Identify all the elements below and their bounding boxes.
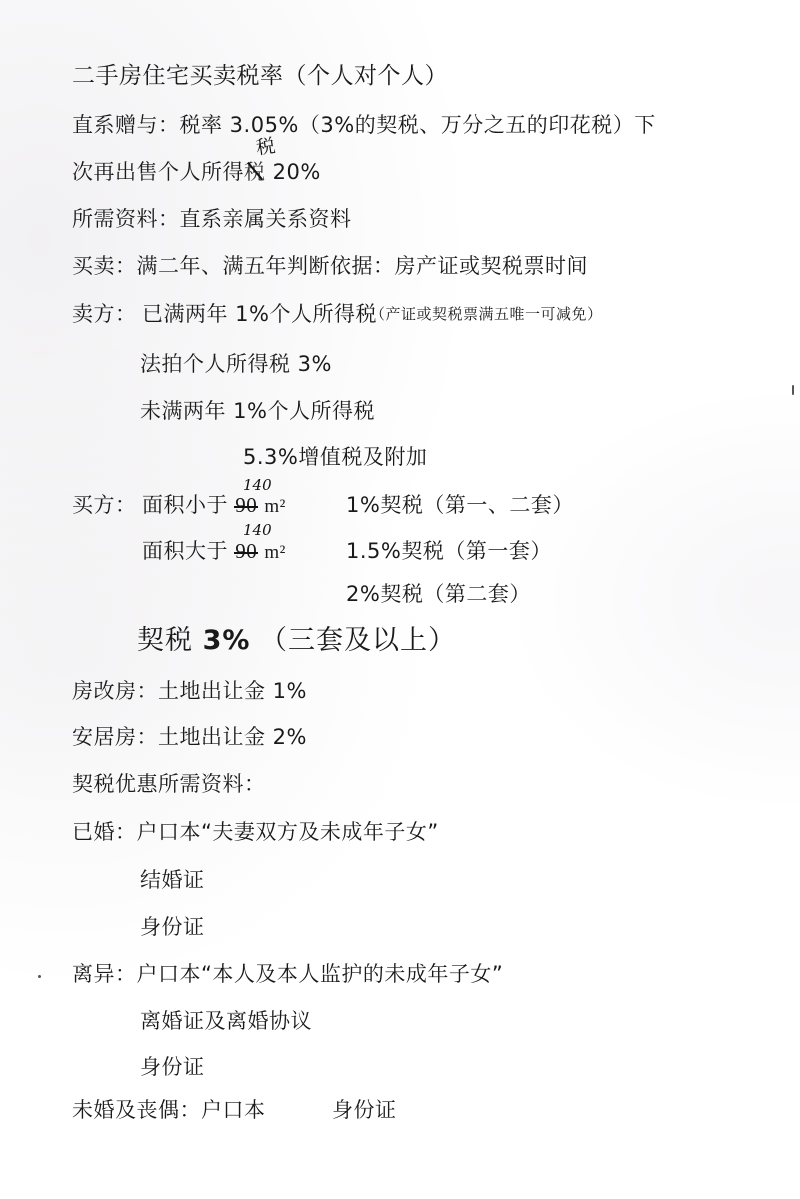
struck-character: 税: [244, 158, 266, 186]
gift-resale-line: 次再出售个人所得税 20%: [72, 158, 321, 186]
buyer-label: 买方：: [72, 491, 137, 519]
divorced-line: 离异：户口本“本人及本人监护的未成年子女”: [72, 960, 503, 988]
scan-speck: [38, 975, 41, 978]
area-text: 面积小于: [142, 493, 228, 517]
single-widowed-line: 未婚及丧偶：户口本: [72, 1096, 266, 1124]
handwritten-correction: 税: [254, 131, 277, 160]
deed-tax-prefix: 契税: [137, 625, 203, 656]
buyer-rate-large-second: 2%契税（第二套）: [346, 580, 531, 608]
seller-label: 卖方：: [72, 300, 137, 328]
seller-auction-line: 法拍个人所得税 3%: [140, 350, 332, 378]
seller-over-two-years: 已满两年 1%个人所得税: [142, 300, 377, 328]
seller-vat-line: 5.3%增值税及附加: [243, 443, 427, 471]
sale-basis-line: 买卖：满二年、满五年判断依据：房产证或契税票时间: [72, 252, 588, 280]
buyer-rate-small: 1%契税（第一、二套）: [346, 491, 574, 519]
deed-tax-suffix: （三套及以上）: [250, 625, 456, 656]
gift-resale-suffix: 20%: [266, 160, 321, 184]
handwritten-area-value: 140: [243, 523, 272, 538]
struck-area-value: 90: [235, 491, 257, 519]
exemption-note: （产证或契税票满五唯一可减免）: [370, 300, 603, 328]
discount-docs-heading: 契税优惠所需资料：: [72, 770, 266, 798]
married-line: 已婚：户口本“夫妻双方及未成年子女”: [72, 818, 439, 846]
area-unit: m²: [264, 542, 285, 563]
document-title: 二手房住宅买卖税率（个人对个人）: [72, 62, 448, 90]
seller-under-two-years: 未满两年 1%个人所得税: [140, 397, 375, 425]
area-unit: m²: [264, 496, 285, 517]
handwritten-area-value: 140: [243, 478, 272, 493]
affordable-housing-line: 安居房：土地出让金 2%: [72, 723, 307, 751]
divorced-id: 身份证: [140, 1053, 205, 1081]
single-widowed-id: 身份证: [332, 1096, 397, 1124]
area-text: 面积大于: [142, 539, 228, 563]
gift-resale-prefix: 次再出售个人所得: [72, 160, 244, 184]
struck-area-value: 90: [235, 537, 257, 565]
married-id: 身份证: [140, 913, 205, 941]
deed-tax-heading: 契税 3% （三套及以上）: [137, 627, 456, 655]
gift-rate-line: 直系赠与：税率 3.05%（3%的契税、万分之五的印花税）下: [72, 111, 656, 139]
buyer-area-large: 面积大于 90 m²: [142, 537, 286, 567]
required-docs-line: 所需资料：直系亲属关系资料: [72, 205, 352, 233]
buyer-rate-large-first: 1.5%契税（第一套）: [346, 537, 552, 565]
buyer-area-small: 面积小于 90 m²: [142, 491, 286, 521]
deed-tax-rate: 3%: [203, 625, 251, 656]
divorced-certificate: 离婚证及离婚协议: [140, 1007, 312, 1035]
married-certificate: 结婚证: [140, 866, 205, 894]
scanned-page: 二手房住宅买卖税率（个人对个人） 直系赠与：税率 3.05%（3%的契税、万分之…: [0, 0, 800, 1199]
scan-speck: [792, 385, 794, 395]
reformed-housing-line: 房改房：土地出让金 1%: [72, 677, 307, 705]
